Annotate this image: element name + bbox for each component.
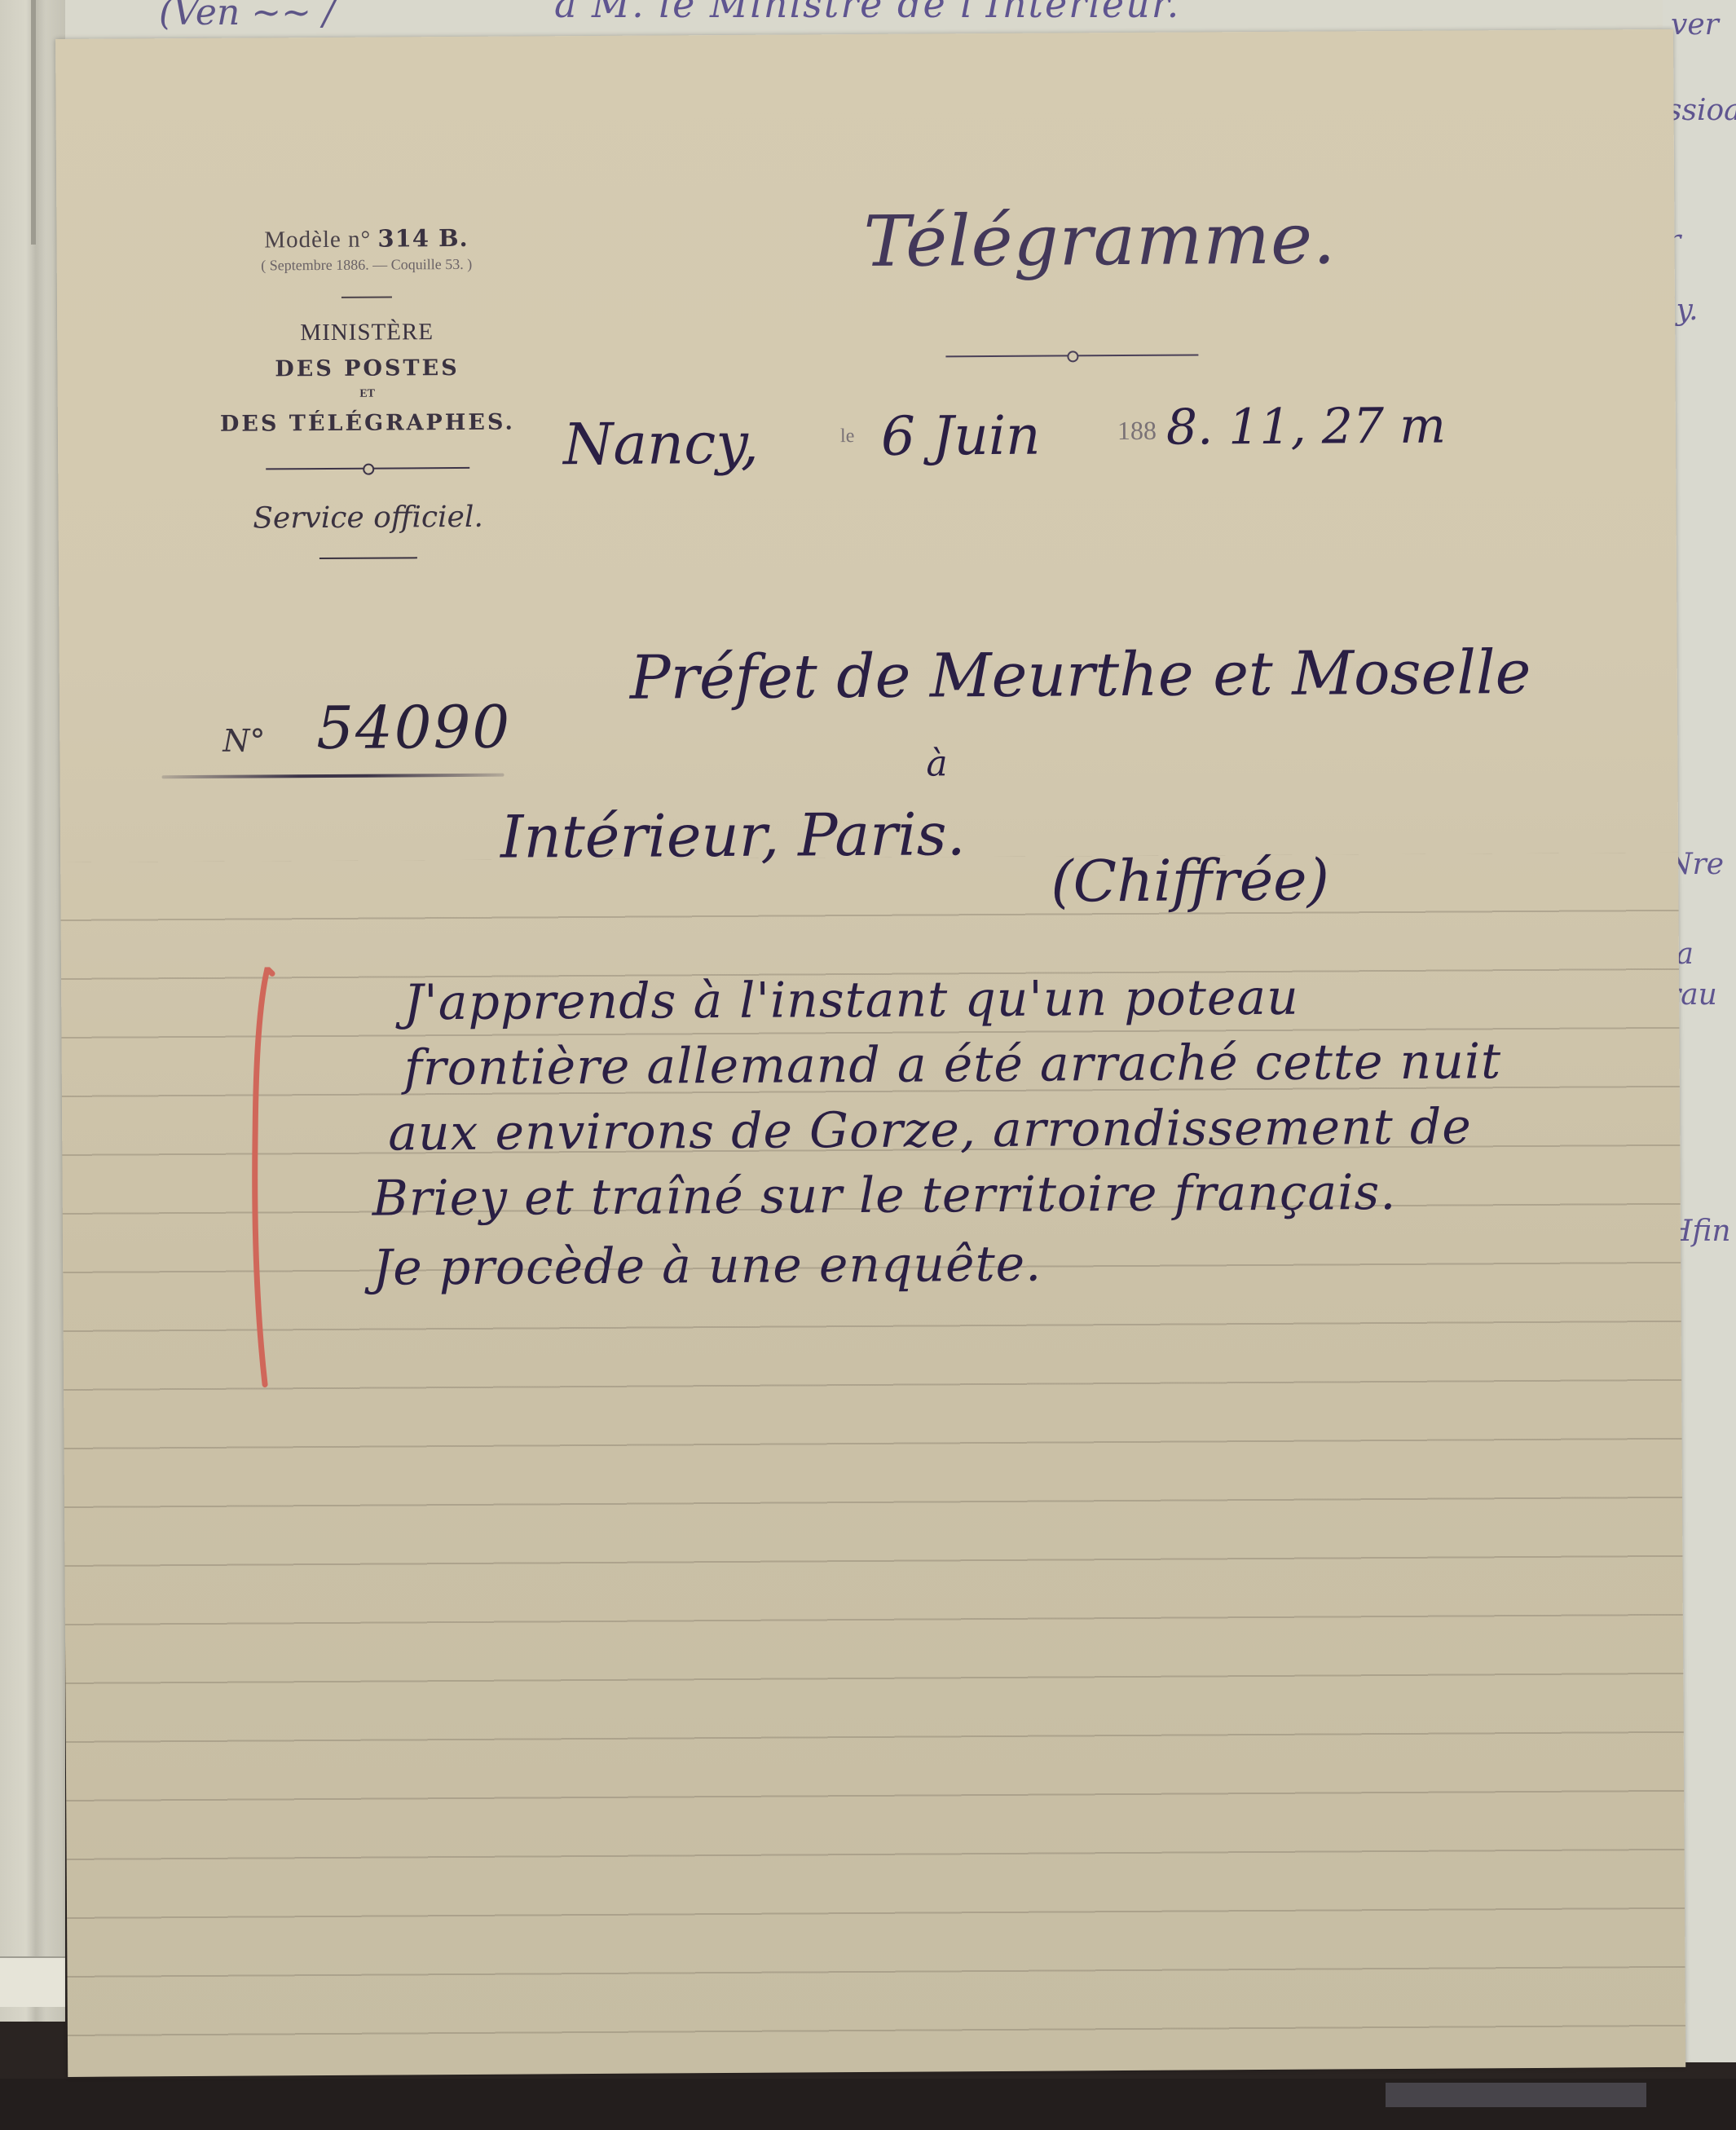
red-pencil-bracket-icon: [245, 967, 280, 1391]
underlying-address-text: à M. le Ministre de l'Intérieur.: [554, 0, 1180, 26]
number-prefix: N°: [223, 722, 266, 758]
model-label: Modèle n°: [264, 227, 371, 254]
dateline-day: 6 Juin: [881, 404, 1041, 468]
message-line: J'apprends à l'instant qu'un poteau: [403, 969, 1299, 1032]
ministry-line-3: DES TÉLÉGRAPHES.: [156, 409, 579, 437]
number-value: 54090: [316, 693, 512, 762]
service-label: Service officiel.: [156, 500, 579, 536]
ornament-divider-icon: [266, 463, 469, 474]
sender: Préfet de Meurthe et Moselle: [630, 637, 1531, 713]
ministry-line-2: DES POSTES: [155, 355, 579, 382]
number-underline: [162, 774, 504, 779]
underlying-page-bottom: [1386, 2083, 1646, 2107]
underlying-scribble: (Ven ~~ /: [159, 0, 335, 33]
dateline-year-time: 8. 11, 27 m: [1166, 398, 1447, 456]
underlying-page-stack-left: [0, 0, 65, 2022]
recipient: Intérieur, Paris.: [500, 800, 966, 871]
title-ornament-icon: [945, 350, 1198, 361]
divider: [341, 296, 392, 298]
right-text-fragment: ver: [1671, 8, 1719, 42]
telegram-number: N° 54090: [157, 688, 549, 788]
dateline-year-prefix: 188: [1117, 416, 1157, 446]
message-line: Briey et traîné sur le territoire frança…: [372, 1164, 1396, 1228]
model-number: 314 B.: [377, 224, 468, 253]
addressing-a: à: [926, 743, 948, 784]
page-stack-corner: [0, 1956, 65, 2007]
model-line: Modèle n° 314 B.: [154, 223, 578, 254]
telegram-sheet: Modèle n° 314 B. ( Septembre 1886. — Coq…: [55, 29, 1685, 2077]
printed-header: Modèle n° 314 B. ( Septembre 1886. — Coq…: [154, 223, 579, 560]
message-line: frontière allemand a été arraché cette n…: [404, 1033, 1502, 1096]
right-text-fragment: ssioa): [1667, 94, 1736, 127]
ministry-line-1: MINISTÈRE: [155, 318, 579, 347]
dateline-place: Nancy,: [563, 410, 759, 478]
dateline-le: le: [840, 426, 854, 448]
model-edition: ( Septembre 1886. — Coquille 53. ): [155, 255, 579, 275]
ministry-et: ET: [156, 386, 579, 402]
cipher-note: (Chiffrée): [1051, 846, 1329, 915]
divider: [319, 557, 417, 559]
page-stack-edge: [31, 0, 36, 245]
message-line: aux environs de Gorze, arrondissement de: [388, 1098, 1472, 1162]
document-title: Télégramme.: [863, 198, 1336, 283]
message-line: Je procède à une enquête.: [372, 1236, 1042, 1297]
